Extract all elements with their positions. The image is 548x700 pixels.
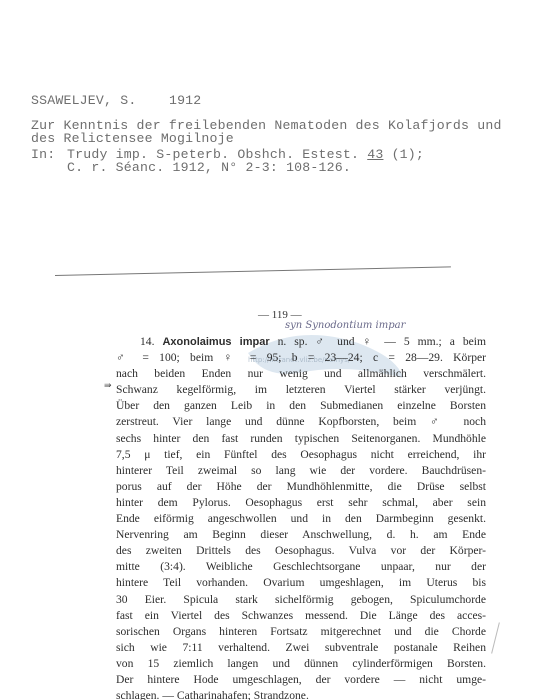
text-line: Über den ganzen Leib in den Submedianen … <box>116 398 486 414</box>
text-line: Schwanz kegelförmig, im letzteren Vierte… <box>116 382 486 398</box>
text-line: mitte (3:4). Weibliche Geschlechtsorgane… <box>116 559 486 575</box>
text-line: schlagen. — Catharinahafen; Strandzone. <box>116 688 486 700</box>
text-line: des zweiten Drittels des Oesophagus. Vul… <box>116 543 486 559</box>
text-line: sechs hinter den fast runden typischen S… <box>116 431 486 447</box>
text-line: nach beiden Enden nur wenig und allmähli… <box>116 366 486 382</box>
text-line: 14. Axonolaimus impar n. sp. ♂ und ♀ — 5… <box>116 334 486 350</box>
in-label: In: <box>31 147 55 162</box>
text-line: von 15 ziemlich langen und dünnen cylind… <box>116 656 486 672</box>
author-name: SSAWELJEV, S. <box>31 93 136 108</box>
text-line: porus auf der Höhe der Mundhöhlenmitte, … <box>116 479 486 495</box>
text-line: Nervenring am Beginn dieser Anschwellung… <box>116 527 486 543</box>
text-line: 30 Eier. Spicula stark sichelförmig gebo… <box>116 592 486 608</box>
text-line: fast ein Viertel des Schwanzes messend. … <box>116 608 486 624</box>
species-name: Axonolaimus impar <box>162 336 269 348</box>
issue-number: (1); <box>383 147 424 162</box>
volume-number: 43 <box>367 147 383 162</box>
index-card: SSAWELJEV, S. 1912 Zur Kenntnis der frei… <box>0 0 548 700</box>
margin-arrow-icon: ⇛ <box>104 381 112 391</box>
text-line: Ende eiförmig angeschwollen und in den D… <box>116 511 486 527</box>
text-line: Der hintere Hode umgeschlagen, der vorde… <box>116 672 486 688</box>
text-line: sich wie 7:11 verhaltend. Zwei subventra… <box>116 640 486 656</box>
text-line: ♂ = 100; beim ♀ = 95; b = 23—24; c = 28—… <box>116 350 486 366</box>
publication-title: Zur Kenntnis der freilebenden Nematoden … <box>31 119 531 145</box>
reference-line-2: C. r. Séanc. 1912, N° 2-3: 108-126. <box>67 160 351 175</box>
text-line: sorischen Organs hinteren Fortsatz mitge… <box>116 624 486 640</box>
text-line: hintere Teil vorhanden. Ovarium umgeshla… <box>116 575 486 591</box>
text-line: hinterer Teil zweimal so lang wie der vo… <box>116 463 486 479</box>
handwritten-annotation: syn Synodontium impar <box>285 320 405 331</box>
text-line: hinter dem Pylorus. Oesophagus erst sehr… <box>116 495 486 511</box>
species-description: 14. Axonolaimus impar n. sp. ♂ und ♀ — 5… <box>116 334 486 700</box>
publication-year: 1912 <box>169 93 201 108</box>
text-line: 7,5 μ tief, ein Fünftel des Oesophagus n… <box>116 447 486 463</box>
card-divider-line <box>55 266 451 276</box>
pencil-mark <box>491 622 500 653</box>
text-line: zerstreut. Vier lange und dünne Kopfbors… <box>116 414 486 430</box>
author-line: SSAWELJEV, S. 1912 <box>31 93 201 108</box>
